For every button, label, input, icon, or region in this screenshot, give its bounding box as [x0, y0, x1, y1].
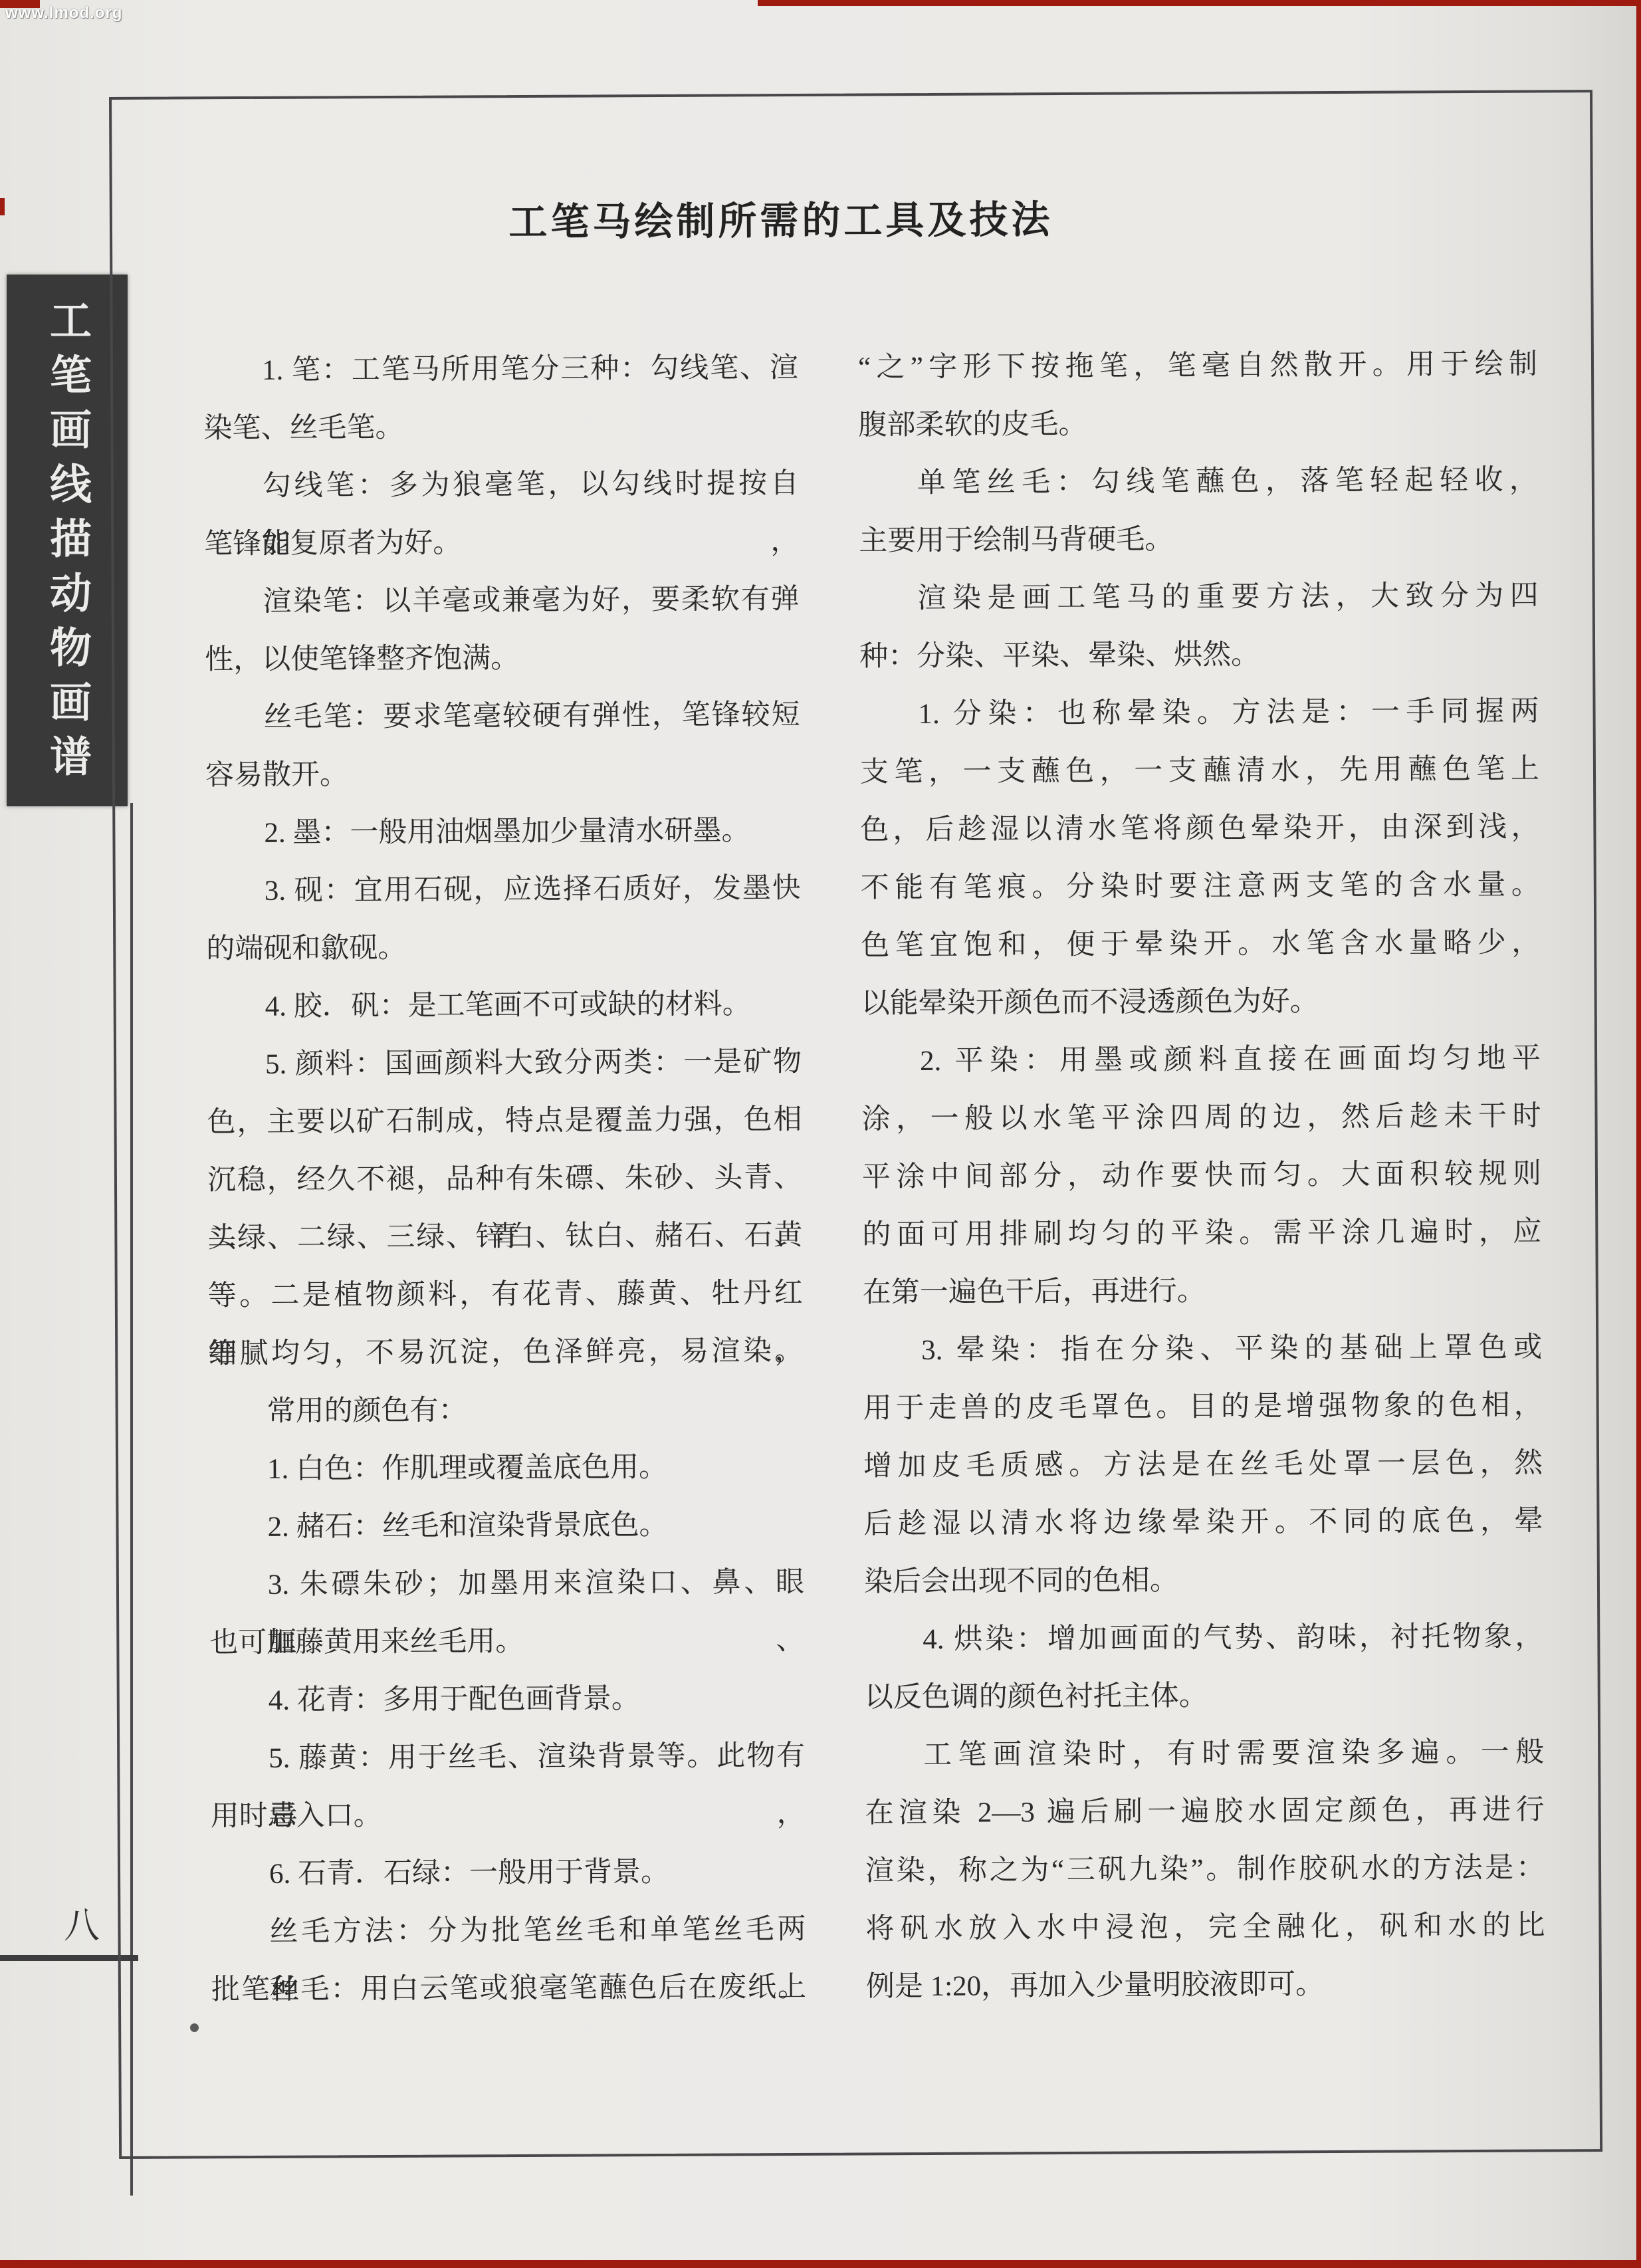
text-line: 染笔、丝毛笔。 — [203, 397, 798, 457]
text-line: 以反色调的颜色衬托主体。 — [865, 1665, 1544, 1726]
text-line: 将矾水放入水中浸泡，完全融化，矾和水的比 — [865, 1896, 1545, 1958]
page-title: 工笔马绘制所需的工具及技法 — [112, 190, 1450, 253]
text-line: 的端砚和歙砚。 — [206, 917, 801, 978]
scan-edge-artifact — [758, 0, 1641, 6]
text-line: 容易散开。 — [205, 744, 800, 804]
text-line: 2. 墨：一般用油烟墨加少量清水研墨。 — [205, 802, 800, 862]
text-line: 单笔丝毛：勾线笔蘸色，落笔轻起轻收， — [859, 451, 1538, 512]
text-line: 等。二是植物颜料，有花青、藤黄、牡丹红等， — [208, 1264, 803, 1325]
page-number: 八 — [58, 1902, 105, 1949]
text-line: 5. 颜料：国画颜料大致分两类：一是矿物 — [207, 1033, 802, 1093]
text-line: 3. 砚：宜用石砚，应选择石质好，发墨快 — [206, 859, 801, 920]
text-line: 4. 烘染：增加画面的气势、韵味，衬托物象， — [864, 1607, 1543, 1668]
text-line: 性，以使笔锋整齐饱满。 — [205, 628, 800, 689]
text-line: 工笔画渲染时，有时需要渲染多遍。一般 — [865, 1723, 1544, 1784]
text-line: 种：分染、平染、晕染、烘然。 — [859, 624, 1539, 685]
text-line: 色，主要以矿石制成，特点是覆盖力强，色相 — [207, 1091, 802, 1151]
text-line: 6. 石青．石绿：一般用于背景。 — [211, 1843, 806, 1903]
text-line: 色笔宜饱和，便于晕染开。水笔含水量略少， — [861, 913, 1540, 974]
text-line: 在第一遍色干后，再进行。 — [863, 1260, 1542, 1321]
text-line: 后趁湿以清水将边缘晕染开。不同的底色，晕 — [863, 1492, 1543, 1553]
text-line: 5. 藤黄：用于丝毛、渲染背景等。此物有毒， — [210, 1727, 805, 1787]
text-line: 例是 1:20，再加入少量明胶液即可。 — [866, 1954, 1545, 2015]
text-line: 以能晕染开颜色而不浸透颜色为好。 — [861, 971, 1540, 1032]
spine-title: 工笔画线描动物画谱 — [7, 298, 128, 790]
text-line: 增加皮毛质感。方法是在丝毛处罩一层色，然 — [863, 1434, 1543, 1495]
text-line: 1. 分染：也称晕染。方法是：一手同握两 — [859, 682, 1539, 743]
right-text-column: “之”字形下按拖笔，笔毫自然散开。用于绘制腹部柔软的皮毛。单笔丝毛：勾线笔蘸色，… — [858, 336, 1545, 2016]
spine-title-box: 工笔画线描动物画谱 — [7, 275, 128, 806]
text-line: 1. 白色：作肌理或覆盖底色用。 — [209, 1438, 804, 1498]
scanned-book-page: { "page": { "watermark": "www.lmod.org",… — [0, 0, 1641, 2268]
text-line: 渲染，称之为“三矾九染”。制作胶矾水的方法是： — [865, 1839, 1545, 1900]
text-line: 渲染笔：以羊毫或兼毫为好，要柔软有弹 — [205, 570, 800, 631]
text-line: 用于走兽的皮毛罩色。目的是增强物象的色相， — [863, 1376, 1542, 1437]
text-line: 丝毛方法：分为批笔丝毛和单笔丝毛两种。 — [211, 1900, 806, 1961]
content-frame: 工笔马绘制所需的工具及技法 1. 笔：工笔马所用笔分三种：勾线笔、渲染笔、丝毛笔… — [109, 90, 1602, 2159]
text-line: 支笔，一支蘸色，一支蘸清水，先用蘸色笔上 — [860, 740, 1539, 801]
scan-edge-artifact — [0, 198, 5, 215]
text-line: 3. 朱磦朱砂；加墨用来渲染口、鼻、眼眶、 — [209, 1553, 804, 1614]
text-line: 色，后趁湿以清水笔将颜色晕染开，由深到浅， — [860, 798, 1539, 859]
text-line: 主要用于绘制马背硬毛。 — [859, 509, 1538, 570]
text-line: 沉稳，经久不褪，品种有朱磦、朱砂、头青、二青、 — [207, 1149, 802, 1209]
text-line: 2. 赭石：丝毛和渲染背景底色。 — [209, 1496, 804, 1556]
scan-edge-artifact — [1636, 0, 1641, 2268]
text-line: 在渲染 2—3 遍后刷一遍胶水固定颜色，再进行 — [865, 1781, 1544, 1842]
text-line: 4. 胶．矾：是工笔画不可或缺的材料。 — [206, 975, 801, 1036]
text-line: 头绿、二绿、三绿、锌白、钛白、赭石、石黄 — [207, 1206, 802, 1267]
text-line: 染后会出现不同的色相。 — [864, 1549, 1543, 1611]
text-line: 的面可用排刷均匀的平染。需平涂几遍时，应 — [862, 1202, 1541, 1264]
text-line: 平涂中间部分，动作要快而匀。大面积较规则 — [862, 1145, 1541, 1206]
text-line: 常用的颜色有： — [208, 1380, 803, 1440]
text-line: 腹部柔软的皮毛。 — [858, 394, 1537, 455]
text-line: 2. 平染：用墨或颜料直接在画面均匀地平 — [861, 1029, 1541, 1090]
text-line: 勾线笔：多为狼毫笔，以勾线时提按自如， — [204, 455, 799, 515]
text-line: 不能有笔痕。分染时要注意两支笔的含水量。 — [861, 855, 1540, 917]
left-text-column: 1. 笔：工笔马所用笔分三种：勾线笔、渲染笔、丝毛笔。勾线笔：多为狼毫笔，以勾线… — [203, 339, 806, 2019]
text-line: 4. 花青：多用于配色画背景。 — [210, 1669, 805, 1730]
text-line: 1. 笔：工笔马所用笔分三种：勾线笔、渲 — [203, 339, 798, 399]
text-line: 细腻均匀，不易沉淀，色泽鲜亮，易渲染。 — [208, 1322, 803, 1383]
watermark: www.lmod.org — [5, 4, 122, 23]
text-line: 渲染是画工笔马的重要方法，大致分为四 — [859, 566, 1538, 627]
text-line: 丝毛笔：要求笔毫较硬有弹性，笔锋较短 — [205, 686, 800, 746]
text-line: 涂，一般以水笔平涂四周的边，然后趁未干时 — [861, 1087, 1541, 1148]
text-line: “之”字形下按拖笔，笔毫自然散开。用于绘制 — [858, 336, 1537, 397]
text-line: 3. 晕染：指在分染、平染的基础上罩色或 — [863, 1318, 1542, 1379]
scan-edge-artifact — [0, 2260, 1641, 2268]
text-line: 批笔丝毛：用白云笔或狼毫笔蘸色后在废纸上 — [211, 1958, 806, 2019]
